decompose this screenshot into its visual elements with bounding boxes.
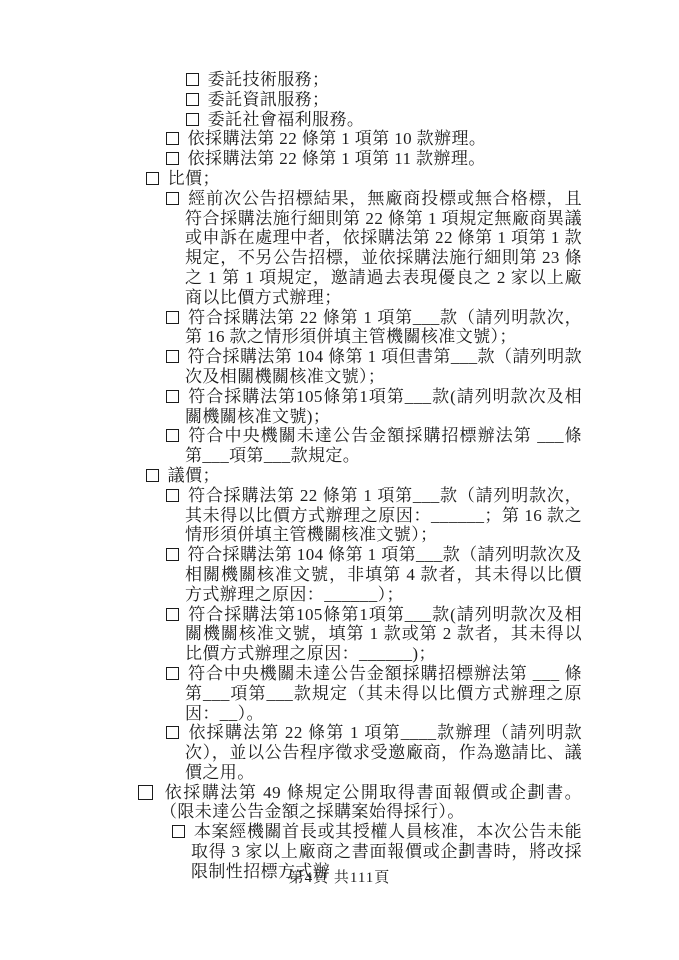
checkbox-icon[interactable] [166,192,179,205]
checklist-item-text: 符合採購法第 104 條第 1 項第___款（請列明款次及相關機關核准文號，非填… [185,545,582,604]
checklist-item-text: 委託資訊服務； [208,90,330,109]
checklist-item-text: 符合採購法第105條第1項第___款(請列明款次及相關機關核准文號，填第 1 款… [185,605,582,664]
checklist-item: 符合採購法第 104 條第 1 項第___款（請列明款次及相關機關核准文號，非填… [0,545,582,604]
checkbox-icon[interactable] [166,429,179,442]
checklist-item-text: 委託技術服務； [208,70,330,89]
page-footer: 第4頁 共111頁 [0,866,679,887]
document-page: 委託技術服務； 委託資訊服務； 委託社會福利服務。 依採購法第 22 條第 1 … [0,0,679,960]
checkbox-icon[interactable] [138,785,153,800]
checkbox-icon[interactable] [186,113,199,126]
checklist-item-text: 依採購法第 22 條第 1 項第 10 款辦理。 [188,129,487,148]
checklist-item-text: 依採購法第 22 條第 1 項第____款辦理（請列明款次），並以公告程序徵求受… [185,723,582,782]
checklist-item: 符合採購法第105條第1項第___款(請列明款次及相關機關核准文號)； [0,387,582,427]
checklist-item-text: 比價； [168,169,220,188]
checkbox-icon[interactable] [166,667,179,680]
checklist-item-text: 符合中央機關未達公告金額採購招標辦法第 ___ 條第___項第___款規定（其未… [185,664,582,723]
checklist-item-text: 委託社會福利服務。 [208,110,365,129]
checklist-item-text: 議價； [168,466,220,485]
checkbox-icon[interactable] [166,548,179,561]
checklist-item-text: 符合採購法第 104 條第 1 項但書第___款（請列明款次及相關機關核准文號）… [185,347,582,386]
checklist-item: 經前次公告招標結果，無廠商投標或無合格標，且符合採購法施行細則第 22 條第 1… [0,189,582,308]
checklist-item: 委託社會福利服務。 [0,110,582,130]
checkbox-icon[interactable] [166,390,179,403]
checkbox-icon[interactable] [166,350,179,363]
checklist-item: 符合採購法第105條第1項第___款(請列明款次及相關機關核准文號，填第 1 款… [0,605,582,664]
checkbox-icon[interactable] [172,825,185,838]
checkbox-icon[interactable] [146,469,159,482]
checklist-item: 依採購法第 22 條第 1 項第 11 款辦理。 [0,149,582,169]
checkbox-icon[interactable] [166,489,179,502]
checkbox-icon[interactable] [146,172,159,185]
checklist-item-text: 符合採購法第105條第1項第___款(請列明款次及相關機關核准文號)； [185,387,582,426]
checklist-item: 依採購法第 22 條第 1 項第____款辦理（請列明款次），並以公告程序徵求受… [0,723,582,782]
checklist-item: 依採購法第 49 條規定公開取得書面報價或企劃書。（限未達公告金額之採購案始得採… [0,783,582,823]
checkbox-icon[interactable] [166,132,179,145]
checklist-item: 議價； [0,466,582,486]
checklist-item-text: 依採購法第 22 條第 1 項第 11 款辦理。 [188,149,486,168]
checklist-item: 符合中央機關未達公告金額採購招標辦法第 ___條第___項第___款規定。 [0,426,582,466]
checkbox-icon[interactable] [186,73,199,86]
checklist-item: 符合採購法第 104 條第 1 項但書第___款（請列明款次及相關機關核准文號）… [0,347,582,387]
checklist-item-text: 符合中央機關未達公告金額採購招標辦法第 ___條第___項第___款規定。 [185,426,582,465]
checkbox-icon[interactable] [166,152,179,165]
checklist-item: 比價； [0,169,582,189]
checklist-item-text: 經前次公告招標結果，無廠商投標或無合格標，且符合採購法施行細則第 22 條第 1… [185,189,582,307]
checkbox-icon[interactable] [186,93,199,106]
checklist-item-text: 符合採購法第 22 條第 1 項第___款（請列明款次，第 16 款之情形須併填… [185,308,582,347]
checklist-item: 依採購法第 22 條第 1 項第 10 款辦理。 [0,129,582,149]
checklist-item: 符合採購法第 22 條第 1 項第___款（請列明款次，第 16 款之情形須併填… [0,308,582,348]
checkbox-icon[interactable] [166,726,179,739]
checkbox-icon[interactable] [166,311,179,324]
checklist-item: 委託技術服務； [0,70,582,90]
checklist-item-text: 符合採購法第 22 條第 1 項第___款（請列明款次，其未得以比價方式辦理之原… [185,486,582,545]
checklist-item: 委託資訊服務； [0,90,582,110]
checklist-item: 符合中央機關未達公告金額採購招標辦法第 ___ 條第___項第___款規定（其未… [0,664,582,723]
checkbox-icon[interactable] [166,608,179,621]
checklist-item: 符合採購法第 22 條第 1 項第___款（請列明款次，其未得以比價方式辦理之原… [0,486,582,545]
checklist-item-text: 依採購法第 49 條規定公開取得書面報價或企劃書。（限未達公告金額之採購案始得採… [160,783,582,822]
checklist: 委託技術服務； 委託資訊服務； 委託社會福利服務。 依採購法第 22 條第 1 … [0,70,582,882]
